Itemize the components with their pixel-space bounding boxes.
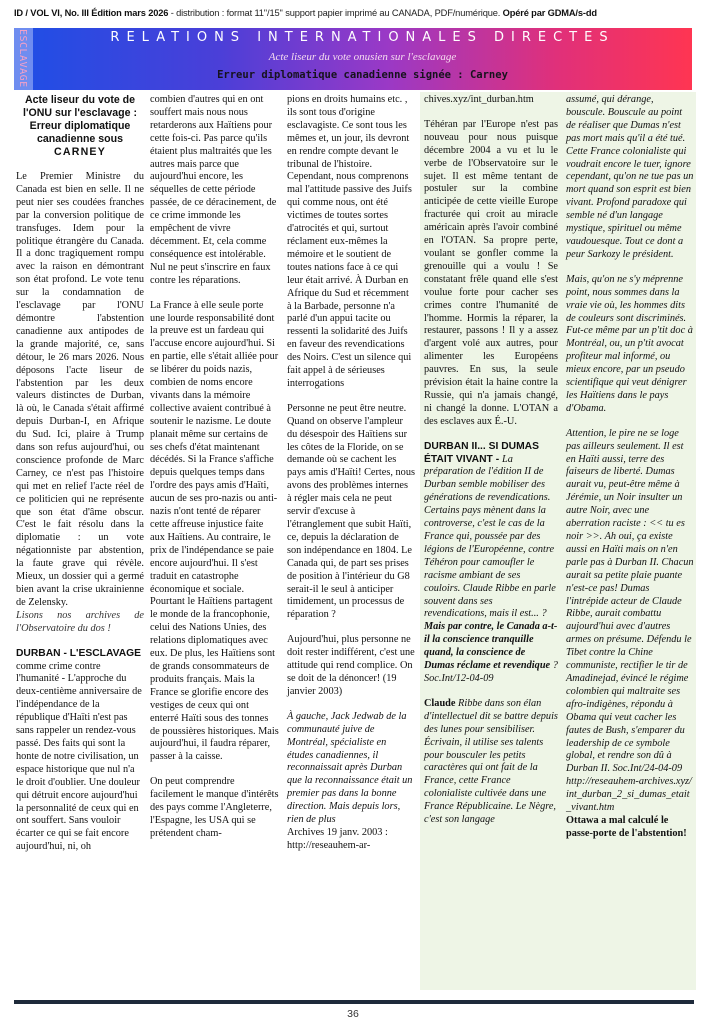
paragraph: Le Premier Ministre du Canada est bien e…: [16, 171, 144, 610]
paragraph: Aujourd'hui, plus personne ne doit reste…: [287, 634, 415, 699]
paragraph: On peut comprendre facilement le manque …: [150, 776, 280, 841]
archive-note: Lisons nos archives de l'Observatoire du…: [16, 610, 144, 636]
closing-line: Ottawa a mal calculé le passe-porte de l…: [566, 815, 694, 841]
article-column-5: assumé, qui dérange, bouscule. Bouscule …: [566, 94, 694, 853]
banner-subtitle: Acte liseur du vote onusien sur l'esclav…: [33, 51, 692, 63]
section-banner: ESCLAVAGE RELATIONS INTERNATIONALES DIRE…: [14, 28, 692, 90]
headline-name: CARNEY: [16, 146, 144, 159]
paragraph: comme crime contre l'humanité - L'approc…: [16, 661, 142, 853]
archive-link[interactable]: Archives 19 janv. 2003 : http://reseauhe…: [287, 827, 415, 853]
paragraph: assumé, qui dérange, bouscule. Bouscule …: [566, 94, 694, 262]
article-column-1: Acte liseur du vote de l'ONU sur l'escla…: [16, 94, 144, 866]
article-headline: Acte liseur du vote de l'ONU sur l'escla…: [16, 94, 144, 159]
article-column-3: pions en droits humains etc. , ils sont …: [287, 94, 415, 865]
masthead-issue: ID / VOL VI, No. III Édition mars 2026: [14, 8, 168, 18]
banner-title: RELATIONS INTERNATIONALES DIRECTES: [33, 30, 692, 45]
page-number: 36: [0, 1008, 706, 1020]
section-tab: ESCLAVAGE: [14, 28, 33, 90]
section-tab-label: ESCLAVAGE: [17, 29, 28, 88]
masthead-distribution: - distribution : format 11''/15'' suppor…: [168, 8, 502, 18]
paragraph-italic: Ribbe dans son élan d'intellectuel dit s…: [424, 698, 558, 825]
masthead-line: ID / VOL VI, No. III Édition mars 2026 -…: [14, 8, 694, 18]
article-column-2: combien d'autres qui en ont souffert mai…: [150, 94, 280, 853]
paragraph: pions en droits humains etc. , ils sont …: [287, 94, 415, 391]
photo-caption: À gauche, Jack Jedwab de la communauté j…: [287, 711, 415, 827]
headline-text: Acte liseur du vote de l'ONU sur l'escla…: [23, 94, 137, 145]
paragraph: Attention, le pire ne se loge pas ailleu…: [566, 428, 694, 776]
section-kicker: DURBAN II... SI DUMAS ÉTAIT VIVANT -: [424, 441, 539, 465]
source-link[interactable]: http://reseauhem-archives.xyz/int_durban…: [566, 776, 694, 815]
paragraph-italic: La préparation de l'édition II de Durban…: [424, 454, 556, 620]
section-kicker: DURBAN - L'ESCLAVAGE: [16, 648, 141, 659]
paragraph: La France à elle seule porte une lourde …: [150, 300, 280, 765]
paragraph: Mais, qu'on ne s'y méprenne point, nous …: [566, 274, 694, 416]
masthead-operator: Opéré par GDMA/s-dd: [503, 8, 597, 18]
lead-word: Claude: [424, 698, 455, 709]
paragraph: combien d'autres qui en ont souffert mai…: [150, 94, 280, 288]
paragraph: Téhéran par l'Europe n'est pas nouveau p…: [424, 119, 558, 429]
paragraph-emphasis: Mais par contre, le Canada a-t-il la con…: [424, 621, 557, 671]
article-column-4: chives.xyz/int_durban.htm Téhéran par l'…: [424, 94, 558, 839]
footer-rule: [14, 1000, 694, 1004]
paragraph: Personne ne peut être neutre. Quand on o…: [287, 403, 415, 622]
banner-tagline: Erreur diplomatique canadienne signée : …: [33, 69, 692, 81]
archive-link-tail[interactable]: chives.xyz/int_durban.htm: [424, 94, 558, 107]
